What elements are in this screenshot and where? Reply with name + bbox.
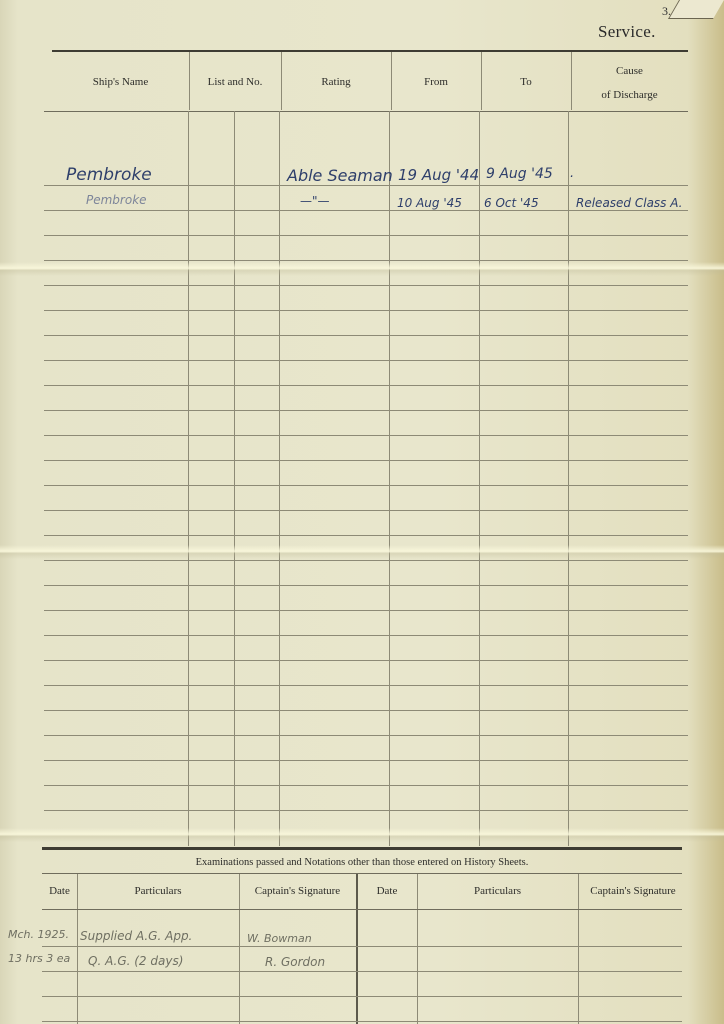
ruled-line <box>42 1021 682 1022</box>
header-from: From <box>391 75 481 89</box>
ruled-line <box>42 971 682 972</box>
exam-particulars: Q. A.G. (2 days) <box>88 954 183 968</box>
exam-signature: R. Gordon <box>265 955 325 969</box>
ruled-line <box>42 996 682 997</box>
paper-fold <box>0 828 724 842</box>
exam-date: Mch. 1925. <box>8 928 69 941</box>
examinations-title: Examinations passed and Notations other … <box>0 857 724 868</box>
exam-header-particulars: Particulars <box>417 884 578 898</box>
exam-header-particulars: Particulars <box>77 884 239 898</box>
header-bottom-rule <box>44 111 688 112</box>
exam-header-captains-signature: Captain's Signature <box>239 884 356 898</box>
header-list-and-no: List and No. <box>189 75 281 89</box>
ship-name: Pembroke <box>86 193 147 207</box>
top-rule <box>52 50 688 52</box>
header-cause: Cause <box>571 64 688 78</box>
cause-of-discharge: . <box>570 166 574 181</box>
exam-header-bottom-rule <box>42 909 682 910</box>
exam-header-date: Date <box>42 884 77 898</box>
header-ships-name: Ship's Name <box>52 75 189 89</box>
header-of-discharge: of Discharge <box>571 88 688 102</box>
exam-header-captains-signature: Captain's Signature <box>578 884 688 898</box>
service-record-page: 3. Service. Ship's Name List and No. Rat… <box>0 0 724 1024</box>
to-date: 9 Aug '45 <box>486 166 553 182</box>
section-title: Service. <box>598 22 656 42</box>
page-number: 3. <box>662 4 671 19</box>
cause-of-discharge: Released Class A. <box>576 196 683 210</box>
exam-header-date: Date <box>357 884 417 898</box>
to-date: 6 Oct '45 <box>484 196 539 210</box>
rating: —"— <box>300 194 330 208</box>
paper-fold <box>0 545 724 559</box>
from-date: 10 Aug '45 <box>397 196 462 210</box>
header-to: To <box>481 75 571 89</box>
ruled-line <box>42 946 682 947</box>
exam-particulars: Supplied A.G. App. <box>80 929 192 943</box>
exam-header-top-rule <box>42 873 682 874</box>
folded-corner <box>668 0 724 19</box>
exam-date: 13 hrs 3 ea <box>8 952 70 965</box>
rating: Able Seaman <box>287 166 393 185</box>
section-divider-rule <box>42 847 682 850</box>
paper-fold <box>0 262 724 276</box>
ship-name: Pembroke <box>66 165 152 185</box>
from-date: 19 Aug '44 <box>398 166 479 184</box>
header-rating: Rating <box>281 75 391 89</box>
exam-signature: W. Bowman <box>247 932 312 945</box>
